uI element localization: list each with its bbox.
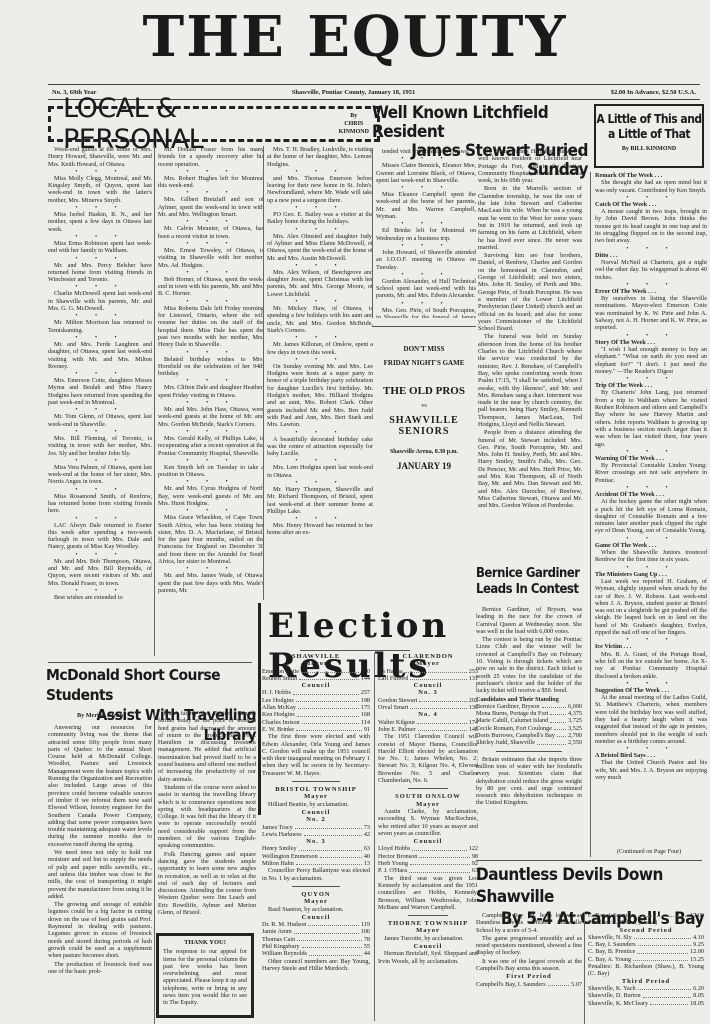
result-row: C. Bay, J. Saunders17.00 [588, 912, 704, 919]
result-row: Henry Smiley63 [262, 845, 370, 852]
leader-dots [320, 853, 362, 858]
news-item: Miss Erma Robinson spent last week-end w… [48, 240, 152, 255]
ad-line: DON'T MISS [372, 345, 476, 353]
leader-dots [419, 697, 466, 702]
name: Bernice Gardiner, Bryson [476, 703, 540, 710]
label: No. 4 [378, 711, 478, 718]
value: 136 [469, 704, 478, 711]
item-text: That the United Church Pastor and his wi… [595, 759, 707, 781]
value: 98 [472, 853, 478, 860]
result-row: Ira Hanna253 [378, 668, 478, 675]
municipality-name: SHAWVILLE [262, 653, 370, 660]
name: C. Bay, B. Prentice [588, 948, 635, 955]
news-item: Mrs. T. H. Bradley, Luskville, is visiti… [267, 146, 373, 168]
newspaper-masthead: THE EQUITY [0, 4, 710, 70]
value: 13 [364, 860, 370, 867]
news-item: Best wishes are extended to [48, 594, 152, 601]
news-item: Mr. and Mrs. Bob Thompson, Ottawa, and M… [48, 558, 152, 587]
item-text: She thought she had an open mind but it … [595, 179, 707, 194]
local-personal-header: LOCAL & PERSONAL By CHRIS KINMOND [48, 106, 380, 142]
name: Wellington Emmerson [262, 853, 318, 860]
value: 9.25 [693, 941, 704, 948]
result-row: John E. Palmer148 [378, 726, 478, 733]
news-item: We need trees not only to hold our moist… [48, 849, 152, 900]
municipality-name: QUYON [262, 891, 370, 898]
news-item: The funeral was held on Sunday afternoon… [478, 333, 582, 428]
mcdonald-column-1: Answering our resources for community li… [48, 724, 152, 1024]
value: 175 [361, 704, 370, 711]
result-row: Hector Bronson98 [378, 853, 478, 860]
label: Council [378, 682, 478, 689]
label: Mayor [378, 927, 478, 934]
item-text: Mrs. R. A. Grant, of the Portage Road, w… [595, 651, 707, 680]
news-item: Miss Vera Palmer, of Ottawa, spent last … [48, 464, 152, 486]
election-column-left: SHAWVILLEMayorEmerson Cotie230Reuben Smi… [262, 653, 370, 1021]
leader-dots [298, 704, 359, 709]
value: 12.00 [690, 948, 704, 955]
leader-dots [550, 717, 566, 722]
penalties: Penalties: B. Richardson (Shaw.), B. You… [588, 963, 704, 978]
result-row: Cecile Romain, Fort Coulonge3,525 [476, 725, 582, 732]
note: The first three were elected and with Ed… [262, 733, 370, 777]
news-item: Mrs. Lem Hodgins spent last week-end in … [267, 464, 373, 479]
result-row: P. J. O'Hara63 [378, 867, 478, 874]
divider [476, 860, 702, 861]
result-row: Shawville, N. Sly4.10 [588, 934, 704, 941]
leader-dots [301, 668, 359, 673]
value: 5.07 [571, 981, 582, 988]
leader-dots [405, 668, 467, 673]
name: Walter Kilgour [378, 719, 415, 726]
news-item: On Sunday evening Mr. and Mrs. Lee Hodgi… [267, 363, 373, 429]
municipality-name: THORNE TOWNSHIP [378, 920, 478, 927]
note: Austin Clarke, by acclamation, succeedin… [378, 808, 478, 837]
leader-dots [537, 739, 566, 744]
name: Shawville, N. Sly [588, 934, 632, 941]
item-heading: A Bristol Bird Says . . . [595, 752, 707, 759]
item-heading: Catch Of The Week . . . [595, 201, 707, 208]
leader-dots [554, 725, 566, 730]
name: Gordon Stewart [378, 697, 417, 704]
news-item: Mrs. Alex Wilson, of Beechgrove and daug… [267, 269, 373, 298]
value: 6,000 [568, 703, 582, 710]
article-paragraph: Bernice Gardiner, of Bryson, was leading… [476, 606, 582, 635]
value: 253 [469, 668, 478, 675]
news-item: Mr. and Mrs. Ferde Laughren and daughter… [48, 341, 152, 370]
note: The 1951 Clarendon Council will consist … [378, 733, 478, 784]
result-row: Campbell's Bay, I. Saunders5.07 [476, 981, 582, 988]
item-heading: Remark Of The Week . . . [595, 172, 707, 179]
section-byline: By CHRIS KINMOND [331, 112, 377, 136]
news-item: Surviving him are four brothers, Daniel,… [478, 252, 582, 332]
result-row: Wellington Emmerson40 [262, 853, 370, 860]
news-item: People from a distance attending the fun… [478, 429, 582, 509]
leader-dots [409, 867, 470, 872]
item-text: A mouse caught in two traps, brought in … [595, 208, 707, 244]
name: James Tracy [262, 824, 293, 831]
result-row: Ken Hodgins168 [262, 711, 370, 718]
name: Allan McKay [262, 704, 296, 711]
note: Herman Bretzlaff, Syd. Sheppard and Irvi… [378, 950, 478, 965]
news-item: Folk Dancing games and square dancing ga… [158, 851, 256, 917]
name: John E. Palmer [378, 726, 416, 733]
leader-dots [309, 950, 362, 955]
continued-note: (Continued on Page Four) [594, 848, 704, 855]
subscription-price: $2.00 In Advance, $2.50 U.S.A. [611, 89, 696, 96]
name: Henry Smiley [262, 845, 297, 852]
news-item: Gordon Alexander, of Hull Technical Scho… [376, 278, 476, 300]
note: Councillor Percy Ballantyne was elected … [262, 867, 370, 882]
result-row: Jamie Amm106 [262, 928, 370, 935]
value: 202 [469, 697, 478, 704]
result-row: Bernice Gardiner, Bryson6,000 [476, 703, 582, 710]
news-item: Mrs. Ernest Towsley, of Ottawa, is visit… [158, 247, 264, 269]
result-row: Lee Hodgins198 [262, 697, 370, 704]
leader-dots [410, 704, 466, 709]
leader-dots [412, 845, 466, 850]
name: Jamie Amm [262, 928, 292, 935]
leader-dots [638, 941, 691, 946]
leader-dots [296, 726, 362, 731]
leader-dots [550, 710, 566, 715]
name: Dr. R. M. Hudson [262, 921, 306, 928]
item-heading: Game Of The Week . . . [595, 542, 707, 549]
label: No. 3 [378, 689, 478, 696]
name: Shirley Judd, Shawville [476, 739, 535, 746]
value: 119 [361, 921, 370, 928]
item-heading: Suggestion Of The Week . . . [595, 687, 707, 694]
result-row: Marie Cahill, Calumet Island3,725 [476, 717, 582, 724]
value: 42 [364, 831, 370, 838]
value: 257 [361, 689, 370, 696]
leader-dots [643, 992, 692, 997]
name: Herb Young [378, 860, 408, 867]
value: 15.25 [690, 956, 704, 963]
news-item: Mr. James Killoran, of Onslow, spent a f… [267, 341, 373, 356]
item-heading: Ice Victim . . . [595, 643, 707, 650]
leader-dots [548, 981, 570, 986]
period-label: Second Period [588, 927, 704, 934]
penalties: Penalties: J. Hobbs, (Shaw.) [588, 919, 704, 926]
result-row: H. I. Hobbs257 [262, 689, 370, 696]
news-item: Students of the course were asked to ass… [158, 784, 256, 850]
divider [408, 788, 448, 789]
item-heading: The Ministers Gang Up . . . [595, 571, 707, 578]
devils-column-1: Campbell's Bay Int. boys known as Dauntl… [476, 912, 582, 1024]
value: 40 [364, 853, 370, 860]
value: 2,700 [568, 732, 582, 739]
item-text: Norval McNeil at Charteris, got a night … [595, 259, 707, 281]
thank-you-box: THANK YOU! The response to our appeal fo… [156, 933, 254, 1018]
value: 198 [361, 697, 370, 704]
municipality-name: CLARENDON [378, 653, 478, 660]
news-item: Mr. Tom Glenn, of Ottawa, spent last wee… [48, 413, 152, 428]
municipality-name: SOUTH ONSLOW [378, 793, 478, 800]
label: Mayor [378, 801, 478, 808]
label: Council [378, 838, 478, 845]
name: Mona Burns, Portage du Fort [476, 710, 548, 717]
news-item: Mr. and Mrs. John Haw, Ottawa, were week… [158, 406, 264, 428]
divider [496, 751, 562, 752]
news-item: lems facing the Eastern Canada farmer to… [158, 710, 256, 783]
news-item: A beautifully decorated birthday cake wa… [267, 436, 373, 458]
ad-line: FRIDAY NIGHT'S GAME [372, 359, 476, 367]
divider [292, 886, 340, 887]
leader-dots [638, 912, 688, 917]
name: P. J. O'Hara [378, 867, 407, 874]
leader-dots [410, 675, 466, 680]
ad-venue: Shawville Arena, 8.30 p.m. [372, 449, 476, 455]
value: 3,525 [568, 725, 582, 732]
result-row: Shawville, K. Yach6.20 [588, 985, 704, 992]
value: 44 [364, 950, 370, 957]
ad-team: SHAWVILLE SENIORS [372, 415, 476, 437]
leader-dots [308, 921, 359, 926]
result-row: Reuben Smith144 [262, 675, 370, 682]
article-paragraph: The contest is being run by the Pontiac … [476, 636, 582, 694]
leader-dots [419, 853, 469, 858]
name: Orval Smart [378, 704, 408, 711]
label: Council [378, 943, 478, 950]
local-personal-column-3: Mrs. T. H. Bradley, Luskville, is visiti… [263, 146, 373, 600]
result-row: Shawville, K. McCleary18.05 [588, 1000, 704, 1007]
news-item: Mrs. Emerson Cotie, daughters Misses Myr… [48, 377, 152, 406]
result-row: Shirley Judd, Shawville2,550 [476, 739, 582, 746]
value: 3,725 [568, 717, 582, 724]
result-row: Emerson Cotie230 [262, 668, 370, 675]
result-row: Milton Hahn13 [262, 860, 370, 867]
name: Earl Fulford [378, 675, 408, 682]
value: 73 [364, 824, 370, 831]
news-item: Miss Roberta Dale left Friday morning fo… [158, 305, 264, 349]
name: E. W. Brinke [262, 726, 294, 733]
election-column-right: CLARENDONMayorIra Hanna253Earl Fulford13… [374, 653, 478, 1021]
result-row: Mona Burns, Portage du Fort4,375 [476, 710, 582, 717]
name: Shawville, D. Burton [588, 992, 641, 999]
article-paragraph: The game progressed smoothly and as note… [476, 935, 582, 957]
label: No. 2 [262, 816, 370, 823]
divider [292, 781, 340, 782]
label: Mayor [262, 898, 370, 905]
result-row: Charles Imison114 [262, 719, 370, 726]
name: Charles Imison [262, 719, 300, 726]
result-row: Lewis Harkness42 [262, 831, 370, 838]
item-text: By Charteris' John Lang, just returned f… [595, 389, 707, 447]
name: C. Bay, I. Saunders [588, 941, 636, 948]
leader-dots [637, 948, 688, 953]
leader-dots [299, 845, 362, 850]
ad-date: JANUARY 19 [372, 461, 476, 471]
leader-dots [294, 928, 359, 933]
news-item: Mrs. Henry Howard has returned to her ho… [267, 522, 373, 537]
leader-dots [302, 719, 359, 724]
value: 4.10 [693, 934, 704, 941]
leader-dots [302, 943, 362, 948]
ad-team: THE OLD PROS [372, 385, 476, 397]
label: No. 3 [262, 838, 370, 845]
news-item: Mrs. Gerald Kelly, of Phillips Lake, is … [158, 435, 264, 457]
value: 168 [361, 711, 370, 718]
period-label: First Period [476, 973, 582, 980]
value: 78 [364, 936, 370, 943]
result-row: C. Bay, A. Young15.25 [588, 956, 704, 963]
result-row: Phil Kingsbury55 [262, 943, 370, 950]
news-item: LAC Alwyn Dale returned to Exeter this w… [48, 522, 152, 551]
news-item: Mr. Donald Fraser from his many friends … [158, 146, 264, 168]
leader-dots [633, 956, 688, 961]
news-item: Mrs. Bill Fleming, of Toronto, is visiti… [48, 435, 152, 457]
result-row: Earl Fulford131 [378, 675, 478, 682]
value: 6.20 [693, 985, 704, 992]
devils-column-2: C. Bay, J. Saunders17.00Penalties: J. Ho… [584, 912, 704, 1024]
leader-dots [297, 936, 362, 941]
item-text: "I wish I had enough money to buy an ele… [595, 346, 707, 375]
label: Council [262, 682, 370, 689]
municipality-name: BRISTOL TOWNSHIP [262, 786, 370, 793]
name: Phil Kingsbury [262, 943, 300, 950]
name: Shawville, K. McCleary [588, 1000, 648, 1007]
result-row: Lloyd Hobbs122 [378, 845, 478, 852]
leader-dots [304, 831, 362, 836]
item-heading: Accident Of The Week . . . [595, 491, 707, 498]
note: James Turcotte, by acclamation. [378, 935, 478, 942]
mcdonald-byline: By Merion Glenn [48, 712, 152, 719]
leader-dots [417, 719, 467, 724]
item-text: At the hockey game the other night when … [595, 498, 707, 534]
value: 114 [361, 719, 370, 726]
news-item: Mrs. Alex Olmsted and daughter Judy, of … [267, 233, 373, 262]
news-item: Charlie McDowell spent last week-end in … [48, 290, 152, 312]
note: The third seat was given Leo Kennedy by … [378, 875, 478, 911]
item-text: At the anual meeting of the Ladies Guild… [595, 694, 707, 745]
leader-dots [634, 934, 692, 939]
news-item: Mrs. Gilbert Bretzlaff and son of Aylmer… [158, 196, 264, 218]
value: 17.00 [690, 912, 704, 919]
little-of-this-column: Remark Of The Week . . .She thought she … [590, 172, 707, 857]
news-item: Mr. and Mrs. Cyrus Hodgins of North Bay,… [158, 485, 264, 507]
news-item: Mrs. Geo. Pirie, of South Porcupine, in … [376, 307, 476, 318]
value: 174 [469, 719, 478, 726]
news-item: Miss Eleanor Campbell spent the week-end… [376, 191, 476, 220]
label: Mayor [378, 660, 478, 667]
name: Lewis Harkness [262, 831, 302, 838]
leader-dots [295, 824, 362, 829]
news-item: Bob Horner, of Ottawa, spent the week-en… [158, 276, 264, 298]
name: Hector Bronson [378, 853, 417, 860]
news-item: Miss Grace Wheeldon, of Cape Town, South… [158, 514, 264, 565]
value: 18.05 [690, 1000, 704, 1007]
news-item: Miss Molly Clegg, Montreal, and Mr. King… [48, 175, 152, 204]
label: Mayor [262, 793, 370, 800]
news-item: PO Geo. E. Bailey was a visitor at the B… [267, 211, 373, 226]
name: H. I. Hobbs [262, 689, 291, 696]
leader-dots [650, 1000, 688, 1005]
name: William Reynolds [262, 950, 307, 957]
name: Milton Hahn [262, 860, 294, 867]
news-item: Mrs. Robert Hughes left for Montreal thi… [158, 175, 264, 190]
hockey-game-ad: DON'T MISS FRIDAY NIGHT'S GAME THE OLD P… [372, 326, 476, 597]
news-item: Week-end guests at the home of Mrs. Henr… [48, 146, 152, 168]
item-heading: Error Of The Week . . . [595, 288, 707, 295]
place-date: Shawville, Pontiac County, January 18, 1… [292, 89, 416, 96]
news-item: The growing and storage of suitable legu… [48, 901, 152, 959]
value: 131 [469, 675, 478, 682]
news-item: Mr. Mickey Haw, of Ottawa, is spending a… [267, 305, 373, 334]
item-heading: Story Of The Week . . . [595, 339, 707, 346]
note: Other council members are: Bay Young, Ha… [262, 958, 370, 973]
standings-heading: Candidates and Their Standing [476, 696, 582, 703]
note: Hilliard Beattie, by acclamation. [262, 801, 370, 808]
bernice-article: Bernice Gardiner, of Bryson, was leading… [476, 606, 582, 836]
value: 122 [469, 845, 478, 852]
value: 4,375 [568, 710, 582, 717]
name: Reuben Smith [262, 675, 297, 682]
local-personal-column-1: Week-end guests at the home of Mrs. Henr… [48, 146, 152, 656]
leader-dots [296, 697, 359, 702]
value: 2,550 [568, 739, 582, 746]
item-text: When the Shawville Juniors trounced Renf… [595, 549, 707, 564]
news-item: Ken Smyth left on Tuesday to take a posi… [158, 464, 264, 479]
result-row: James Tracy73 [262, 824, 370, 831]
news-item: Mr. and Mrs. Percy Belsher have returned… [48, 262, 152, 284]
result-row: Gordon Stewart202 [378, 697, 478, 704]
leader-dots [293, 689, 359, 694]
name: Shawville, K. Yach [588, 985, 636, 992]
name: Ken Hodgins [262, 711, 295, 718]
news-item: Answering our resources for community li… [48, 724, 152, 848]
value: 8.05 [693, 992, 704, 999]
name: Lloyd Hobbs [378, 845, 410, 852]
stewart-article: On Friday, James Hamilton Stewart, a wel… [478, 148, 582, 556]
news-item: The production of livestock feed was one… [48, 961, 152, 976]
news-item: and Mrs. Thomas Emerson before leaving f… [267, 175, 373, 204]
news-item: On Friday, James Hamilton Stewart, a wel… [478, 148, 582, 184]
value: 144 [361, 675, 370, 682]
bernice-headline: Bernice Gardiner Leads In Contest [476, 566, 586, 598]
period-label: Third Period [588, 978, 704, 985]
little-of-this-header: A Little of This and a Little of That By… [594, 104, 704, 168]
divider [258, 603, 261, 815]
name: C. Bay, J. Saunders [588, 912, 636, 919]
result-row: Walter Kilgour174 [378, 719, 478, 726]
item-text: Last week we reported H. Graham, of Wyma… [595, 578, 707, 636]
leader-dots [638, 985, 692, 990]
result-row: C. Bay, I. Saunders9.25 [588, 941, 704, 948]
item-text: By ourselves in listing the Shawville no… [595, 295, 707, 331]
note: Basil Stanton, by acclamation. [262, 906, 370, 913]
divider [408, 915, 448, 916]
result-row: E. W. Brinke91 [262, 726, 370, 733]
value: 148 [469, 726, 478, 733]
news-item: Miss Isobel Haskin, R. N., and her mothe… [48, 211, 152, 233]
local-personal-column-2: Mr. Donald Fraser from his many friends … [154, 146, 264, 656]
leader-dots [296, 860, 362, 865]
filler-paragraph: Britain estimates that she imports three… [476, 756, 582, 807]
label: Council [262, 914, 370, 921]
name: Campbell's Bay, I. Saunders [476, 981, 546, 988]
name: C. Bay, A. Young [588, 956, 631, 963]
item-text: By Provincial Constable Linden Young: Ri… [595, 462, 707, 484]
news-item: John Howard, of Shawville attended an I.… [376, 249, 476, 271]
name: Marie Cahill, Calumet Island [476, 717, 548, 724]
leader-dots [410, 860, 470, 865]
news-item: Mrs. Clifton Dale and daughter Heather, … [158, 384, 264, 399]
name: Cecile Romain, Fort Coulonge [476, 725, 552, 732]
leader-dots [297, 711, 359, 716]
value: 63 [364, 845, 370, 852]
name: Emerson Cotie [262, 668, 299, 675]
result-row: Herb Young92 [378, 860, 478, 867]
